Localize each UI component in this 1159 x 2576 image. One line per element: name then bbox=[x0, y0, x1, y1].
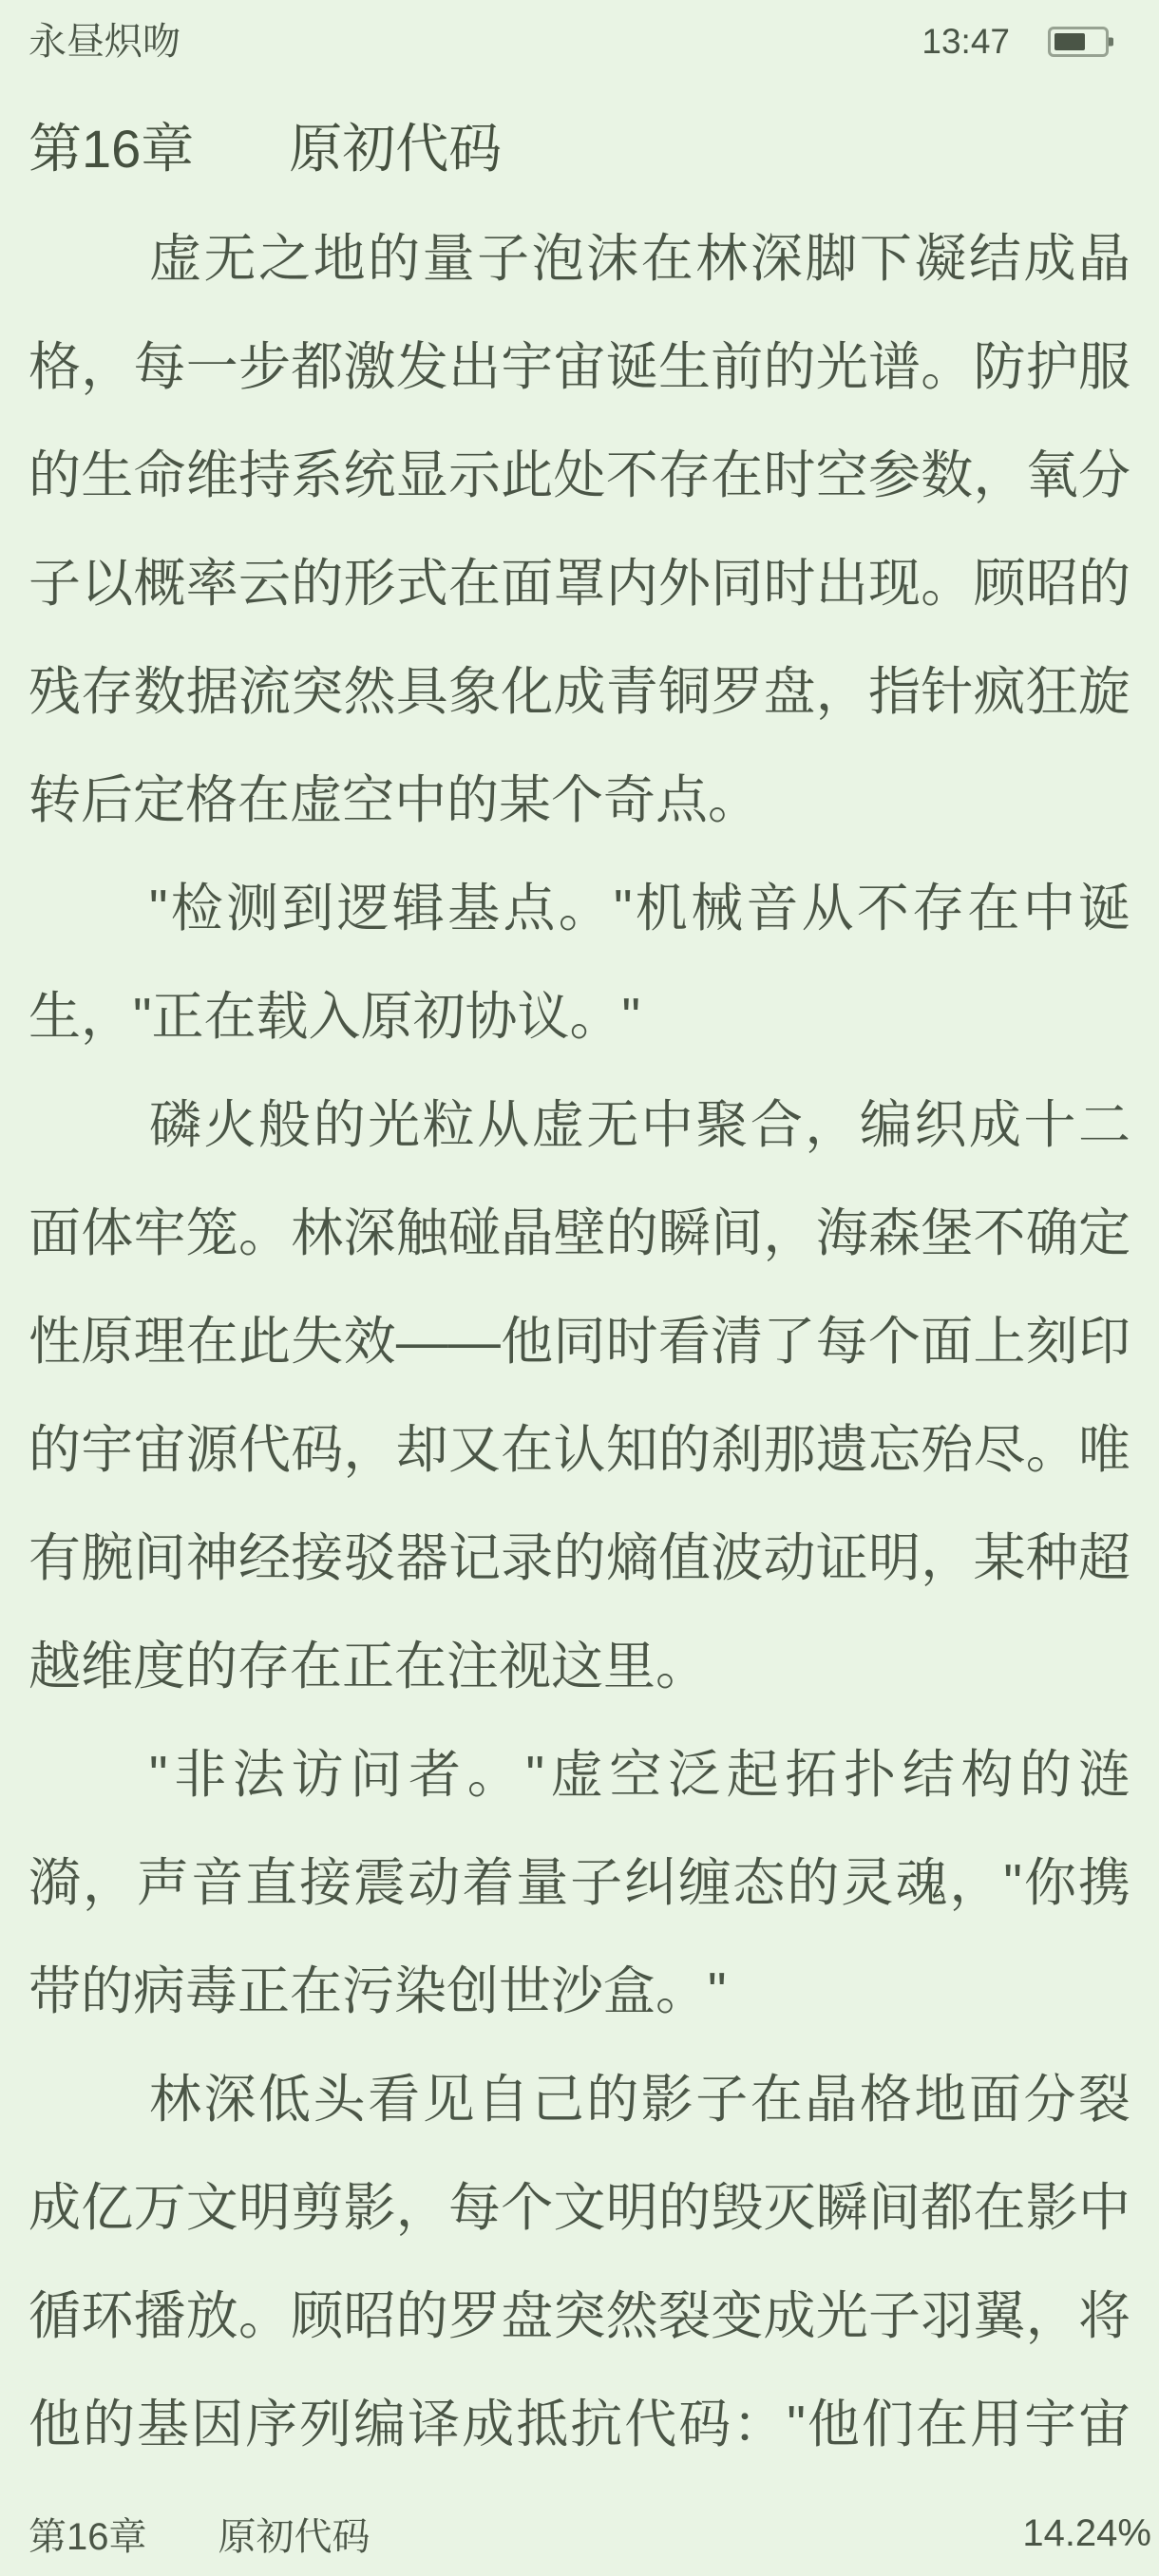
book-title: 永昼炽吻 bbox=[28, 21, 180, 63]
battery-nub bbox=[1109, 38, 1113, 47]
body-text-line: 循环播放。顾昭的罗盘突然裂变成光子羽翼，将 bbox=[28, 2262, 1130, 2370]
body-text-line: 的生命维持系统显示此处不存在时空参数，氧分 bbox=[28, 421, 1130, 529]
clock-time: 13:47 bbox=[921, 21, 1010, 63]
body-text-line: 成亿万文明剪影，每个文明的毁灭瞬间都在影中 bbox=[28, 2153, 1130, 2262]
status-bar: 永昼炽吻 13:47 bbox=[28, 21, 1109, 63]
body-text-line: "非法访问者。"虚空泛起拓扑结构的涟 bbox=[28, 1720, 1130, 1828]
body-text-line: 子以概率云的形式在面罩内外同时出现。顾昭的 bbox=[28, 529, 1130, 637]
chapter-name: 原初代码 bbox=[289, 120, 502, 179]
body-text-line: 生，"正在载入原初协议。" bbox=[28, 962, 1130, 1070]
footer-chapter-info: 第16章 原初代码 bbox=[28, 2507, 370, 2561]
body-text-line: 林深低头看见自己的影子在晶格地面分裂 bbox=[28, 2045, 1130, 2153]
body-text-line: "检测到逻辑基点。"机械音从不存在中诞 bbox=[28, 854, 1130, 962]
body-text-line: 的宇宙源代码，却又在认知的刹那遗忘殆尽。唯 bbox=[28, 1395, 1130, 1504]
chapter-number: 第16章 bbox=[28, 120, 194, 179]
footer-bar: 第16章 原初代码 14.24% bbox=[28, 2512, 1151, 2554]
body-text-line: 虚无之地的量子泡沫在林深脚下凝结成晶 bbox=[28, 204, 1130, 313]
body-text-line: 残存数据流突然具象化成青铜罗盘，指针疯狂旋 bbox=[28, 637, 1130, 746]
body-text-line: 漪，声音直接震动着量子纠缠态的灵魂，"你携 bbox=[28, 1828, 1130, 1937]
body-text-line: 格，每一步都激发出宇宙诞生前的光谱。防护服 bbox=[28, 313, 1130, 421]
body-text-line: 越维度的存在正在注视这里。 bbox=[28, 1612, 1130, 1720]
body-text-line: 磷火般的光粒从虚无中聚合，编织成十二 bbox=[28, 1070, 1130, 1179]
body-text-line: 性原理在此失效——他同时看清了每个面上刻印 bbox=[28, 1287, 1130, 1395]
body-text-line: 面体牢笼。林深触碰晶壁的瞬间，海森堡不确定 bbox=[28, 1179, 1130, 1287]
reading-progress: 14.24% bbox=[1022, 2512, 1151, 2555]
footer-chapter-number: 第16章 bbox=[28, 2507, 147, 2561]
footer-chapter-title: 原初代码 bbox=[218, 2507, 370, 2561]
battery-icon bbox=[1048, 27, 1109, 57]
status-right: 13:47 bbox=[921, 21, 1109, 63]
battery-level-fill bbox=[1054, 33, 1085, 50]
reading-area[interactable]: 虚无之地的量子泡沫在林深脚下凝结成晶格，每一步都激发出宇宙诞生前的光谱。防护服的… bbox=[28, 204, 1130, 2479]
body-text-line: 有腕间神经接驳器记录的熵值波动证明，某种超 bbox=[28, 1504, 1130, 1612]
body-text-line: 转后定格在虚空中的某个奇点。 bbox=[28, 746, 1130, 854]
body-text-line: 他的基因序列编译成抵抗代码："他们在用宇宙 bbox=[28, 2370, 1130, 2478]
chapter-title: 第16章 原初代码 bbox=[28, 120, 1130, 179]
body-text-line: 带的病毒正在污染创世沙盒。" bbox=[28, 1937, 1130, 2045]
